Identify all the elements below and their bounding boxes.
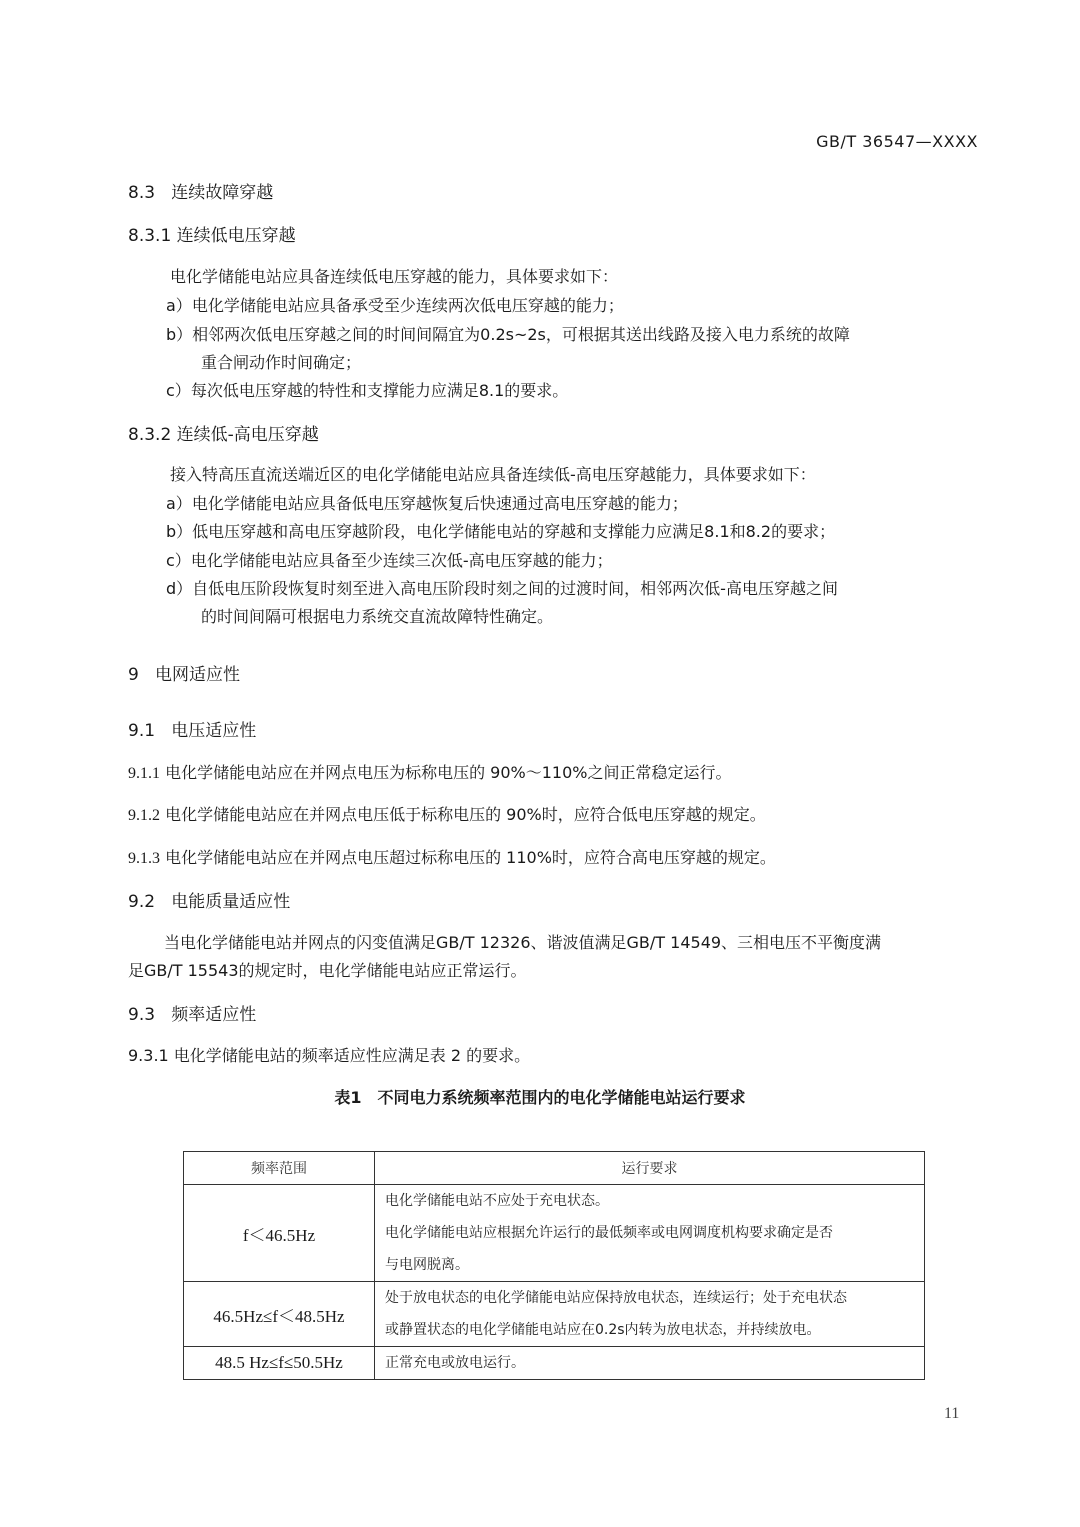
standard-code: GB/T 36547—XXXX xyxy=(816,132,978,151)
section-title: 频率适应性 xyxy=(171,1005,256,1025)
list-item: b）相邻两次低电压穿越之间的时间间隔宜为0.2s~2s，可根据其送出线路及接入电… xyxy=(166,322,850,345)
frequency-range-cell: 48.5 Hz≤f≤50.5Hz xyxy=(184,1347,375,1380)
clause-9-1-1: 9.1.1 电化学储能电站应在并网点电压为标称电压的 90%～110%之间正常稳… xyxy=(128,760,732,783)
section-number: 9.1 xyxy=(128,721,155,741)
requirement-cell: 正常充电或放电运行。 xyxy=(375,1347,925,1380)
clause-9-1-2: 9.1.2 电化学储能电站应在并网点电压低于标称电压的 90%时，应符合低电压穿… xyxy=(128,802,766,825)
frequency-requirements-table: 频率范围 运行要求 f＜46.5Hz 电化学储能电站不应处于充电状态。 电化学储… xyxy=(183,1151,925,1380)
list-item: b）低电压穿越和高电压穿越阶段，电化学储能电站的穿越和支撑能力应满足8.1和8.… xyxy=(166,519,835,542)
section-8-3-2-intro: 接入特高压直流送端近区的电化学储能电站应具备连续低-高电压穿越能力，具体要求如下… xyxy=(170,462,816,485)
table-row: f＜46.5Hz 电化学储能电站不应处于充电状态。 电化学储能电站应根据允许运行… xyxy=(184,1185,925,1282)
section-number: 9.3 xyxy=(128,1005,155,1025)
section-title: 电压适应性 xyxy=(171,721,256,741)
section-8-3-2-heading: 8.3.2 连续低-高电压穿越 xyxy=(128,420,319,445)
section-9-2-paragraph-line-1: 当电化学储能电站并网点的闪变值满足GB/T 12326、谐波值满足GB/T 14… xyxy=(164,930,881,953)
section-9-1-heading: 9.1 电压适应性 xyxy=(128,716,256,741)
requirement-cell: 处于放电状态的电化学储能电站应保持放电状态，连续运行；处于充电状态 或静置状态的… xyxy=(375,1282,925,1347)
frequency-range-cell: 46.5Hz≤f＜48.5Hz xyxy=(184,1282,375,1347)
section-title: 连续低-高电压穿越 xyxy=(177,425,319,445)
table-header-row: 频率范围 运行要求 xyxy=(184,1152,925,1185)
section-number: 9 xyxy=(128,665,139,685)
table-row: 48.5 Hz≤f≤50.5Hz 正常充电或放电运行。 xyxy=(184,1347,925,1380)
clause-9-1-3: 9.1.3 电化学储能电站应在并网点电压超过标称电压的 110%时，应符合高电压… xyxy=(128,845,776,868)
list-item: a）电化学储能电站应具备低电压穿越恢复后快速通过高电压穿越的能力； xyxy=(166,491,688,514)
column-header-frequency-range: 频率范围 xyxy=(184,1152,375,1185)
section-9-2-heading: 9.2 电能质量适应性 xyxy=(128,887,290,912)
section-title: 连续故障穿越 xyxy=(171,183,273,203)
clause-9-3-1: 9.3.1 电化学储能电站的频率适应性应满足表 2 的要求。 xyxy=(128,1043,530,1066)
section-title: 电能质量适应性 xyxy=(171,892,290,912)
table-row: 46.5Hz≤f＜48.5Hz 处于放电状态的电化学储能电站应保持放电状态，连续… xyxy=(184,1282,925,1347)
section-8-3-1-heading: 8.3.1 连续低电压穿越 xyxy=(128,221,296,246)
section-number: 8.3.2 xyxy=(128,425,171,445)
list-item: a）电化学储能电站应具备承受至少连续两次低电压穿越的能力； xyxy=(166,293,624,316)
section-9-heading: 9 电网适应性 xyxy=(128,660,240,685)
section-8-3-heading: 8.3 连续故障穿越 xyxy=(128,178,273,203)
list-item: d）自低电压阶段恢复时刻至进入高电压阶段时刻之间的过渡时间，相邻两次低-高电压穿… xyxy=(166,576,838,599)
column-header-operation-requirement: 运行要求 xyxy=(375,1152,925,1185)
section-number: 9.2 xyxy=(128,892,155,912)
requirement-cell: 电化学储能电站不应处于充电状态。 电化学储能电站应根据允许运行的最低频率或电网调… xyxy=(375,1185,925,1282)
section-number: 8.3.1 xyxy=(128,226,171,246)
section-number: 8.3 xyxy=(128,183,155,203)
list-item: c）电化学储能电站应具备至少连续三次低-高电压穿越的能力； xyxy=(166,548,613,571)
table-caption: 表1 不同电力系统频率范围内的电化学储能电站运行要求 xyxy=(0,1085,1080,1108)
section-title: 电网适应性 xyxy=(155,665,240,685)
page-number: 11 xyxy=(944,1405,959,1423)
list-item-continuation: 重合闸动作时间确定； xyxy=(201,350,361,373)
section-8-3-1-intro: 电化学储能电站应具备连续低电压穿越的能力，具体要求如下： xyxy=(170,264,618,287)
frequency-range-cell: f＜46.5Hz xyxy=(184,1185,375,1282)
section-9-3-heading: 9.3 频率适应性 xyxy=(128,1000,256,1025)
list-item: c）每次低电压穿越的特性和支撑能力应满足8.1的要求。 xyxy=(166,378,568,401)
list-item-continuation: 的时间间隔可根据电力系统交直流故障特性确定。 xyxy=(201,604,553,627)
section-title: 连续低电压穿越 xyxy=(177,226,296,246)
section-9-2-paragraph-line-2: 足GB/T 15543的规定时，电化学储能电站应正常运行。 xyxy=(128,958,527,981)
